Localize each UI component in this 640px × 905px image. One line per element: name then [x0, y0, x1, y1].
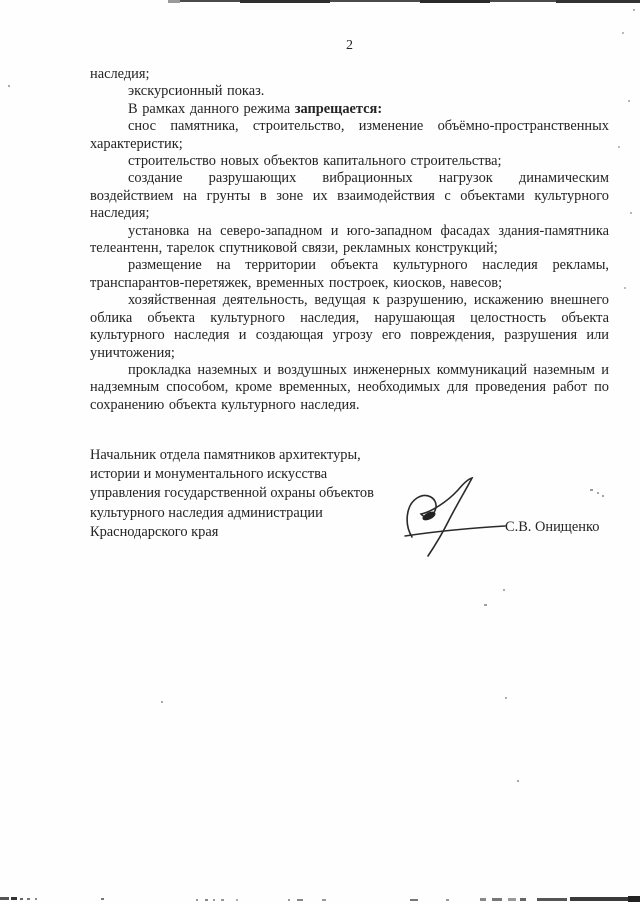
paragraph: экскурсионный показ.	[90, 83, 609, 100]
paragraph: прокладка наземных и воздушных инженерны…	[90, 362, 609, 414]
paragraph-text-bold: запрещается:	[295, 101, 382, 117]
paragraph-text: хозяйственная деятельность, ведущая к ра…	[90, 292, 609, 360]
paragraph-text: установка на северо-западном и юго-запад…	[90, 223, 609, 256]
signatory-name: С.В. Онищенко	[505, 519, 599, 536]
paragraph: снос памятника, строительство, изменение…	[90, 118, 609, 153]
handwritten-signature-icon	[395, 462, 515, 562]
document-body: наследия;экскурсионный показ.В рамках да…	[90, 66, 609, 414]
paragraph: В рамках данного режима запрещается:	[90, 101, 609, 118]
paragraph-text: создание разрушающих вибрационных нагруз…	[90, 170, 609, 221]
paragraph: наследия;	[90, 66, 609, 83]
paragraph-text: снос памятника, строительство, изменение…	[90, 118, 609, 151]
paragraph-text: размещение на территории объекта культур…	[90, 257, 609, 290]
paragraph: хозяйственная деятельность, ведущая к ра…	[90, 292, 609, 362]
paragraph-text: В рамках данного режима	[128, 101, 295, 117]
paragraph-text: экскурсионный показ.	[128, 83, 264, 99]
document-page: 2 наследия;экскурсионный показ.В рамках …	[0, 0, 640, 905]
paragraph-text: строительство новых объектов капитальног…	[128, 153, 502, 169]
paragraph-text: прокладка наземных и воздушных инженерны…	[90, 362, 609, 413]
paragraph: установка на северо-западном и юго-запад…	[90, 223, 609, 258]
paragraph: строительство новых объектов капитальног…	[90, 153, 609, 170]
paragraph-text: наследия;	[90, 66, 150, 82]
page-number: 2	[90, 38, 609, 54]
paragraph: создание разрушающих вибрационных нагруз…	[90, 170, 609, 222]
paragraph: размещение на территории объекта культур…	[90, 257, 609, 292]
